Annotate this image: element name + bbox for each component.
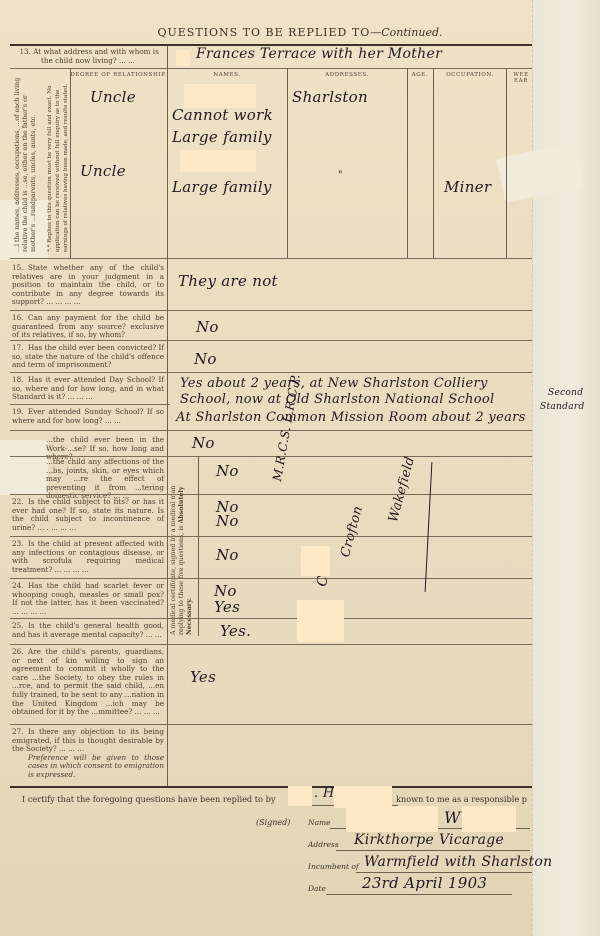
question-27-note: Preference will be given to those cases … xyxy=(12,754,164,780)
row-divider xyxy=(10,68,532,69)
question-24: 24.Has the child had scarlet fever or wh… xyxy=(12,582,164,616)
row-divider xyxy=(10,578,532,579)
question-27: 27.Is there any objection to its being e… xyxy=(12,728,164,780)
address-value: Kirkthorpe Vicarage xyxy=(354,832,504,848)
answer-19: At Sharlston Common Mission Room about 2… xyxy=(176,410,526,425)
redaction xyxy=(301,546,330,576)
redaction xyxy=(297,600,344,642)
relative-2-relationship: Uncle xyxy=(80,162,126,180)
answer-23: No xyxy=(216,546,239,564)
relative-2-occupation: Miner xyxy=(444,178,491,196)
date-line xyxy=(326,894,512,895)
answer-18-standard-bottom: Standard xyxy=(540,402,585,412)
question-text: Are the child's parents, guardians, or n… xyxy=(12,647,164,716)
date-label: Date xyxy=(308,884,326,893)
column-divider xyxy=(70,68,71,258)
question-19: 19.Ever attended Sunday School? If so wh… xyxy=(12,408,164,425)
column-divider xyxy=(287,68,288,258)
question-17: 17.Has the child ever been convicted? If… xyxy=(12,344,164,370)
signed-label: (Signed) xyxy=(256,818,290,827)
question-text: Is the child at present affected with an… xyxy=(12,539,164,574)
certification-text: I certify that the foregoing questions h… xyxy=(22,794,275,804)
incumbent-line xyxy=(356,872,532,873)
row-divider xyxy=(10,644,532,645)
answer-18-standard-top: Second xyxy=(548,388,583,398)
answer-21: No xyxy=(216,462,239,480)
col-header-earnings: WEE EAR xyxy=(508,72,534,84)
row-divider xyxy=(10,340,532,341)
certification-text-continued: known to me as a responsible p xyxy=(396,794,527,804)
question-text: Has the child ever been convicted? If so… xyxy=(12,343,164,369)
question-22: 22.Is the child subject to fits? or has … xyxy=(12,498,164,532)
answer-16: No xyxy=(196,318,219,336)
question-15: 15.State whether any of the child's rela… xyxy=(12,264,164,307)
question-23: 23.Is the child at present affected with… xyxy=(12,540,164,574)
name-label: Name xyxy=(308,818,331,827)
column-divider xyxy=(433,68,434,258)
tape-strip-right xyxy=(532,0,600,936)
page-heading: QUESTIONS TO BE REPLIED TO—Continued. xyxy=(0,26,600,39)
bottom-rule xyxy=(10,786,532,788)
redaction xyxy=(346,806,438,832)
answer-24-line-2: Yes xyxy=(214,598,240,616)
question-text: Is the child subject to fits? or has it … xyxy=(12,497,164,532)
question-text: State whether any of the child's relativ… xyxy=(12,263,164,306)
col-header-names: NAMES. xyxy=(168,72,286,78)
question-text: Is there any objection to its being emig… xyxy=(12,727,164,753)
answer-22-line-2: No xyxy=(216,512,239,530)
medical-certificate-note: A medical certificate, signed by a medic… xyxy=(170,460,196,635)
row-divider xyxy=(10,310,532,311)
relative-1-address: Sharlston xyxy=(292,88,368,106)
question-text: Can any payment for the child be guarant… xyxy=(12,313,164,339)
question-number: 13. xyxy=(17,48,33,57)
question-18: 18.Has it ever attended Day School? If s… xyxy=(12,376,164,402)
question-text: At what address and with whom is the chi… xyxy=(33,47,159,65)
question-14-side-note: ...l the names, addresses, occupations, … xyxy=(14,72,40,252)
row-divider xyxy=(10,430,532,431)
redaction xyxy=(184,84,256,108)
row-divider xyxy=(10,404,170,405)
question-26: 26.Are the child's parents, guardians, o… xyxy=(12,648,164,717)
incumbent-label: Incumbent of xyxy=(308,862,359,871)
question-text: Has it ever attended Day School? If so, … xyxy=(12,375,164,401)
question-16: 16.Can any payment for the child be guar… xyxy=(12,314,164,340)
heading-text: QUESTIONS TO BE REPLIED TO xyxy=(157,26,370,39)
column-divider xyxy=(407,68,408,258)
relative-1-note-1: Cannot work xyxy=(172,106,273,124)
col-header-occupation: OCCUPATION. xyxy=(434,72,506,78)
row-divider xyxy=(10,372,532,373)
redaction xyxy=(176,50,190,66)
answer-20: No xyxy=(192,434,215,452)
answer-18-line-2: School, now at Old Sharlston National Sc… xyxy=(180,392,494,407)
redaction xyxy=(180,150,256,172)
row-divider xyxy=(10,258,532,259)
answer-13: Frances Terrace with her Mother xyxy=(196,46,442,62)
question-text: Is the child's general health good, and … xyxy=(12,621,164,639)
medical-note-divider xyxy=(198,456,199,636)
question-14-footnote: *.* Replies to this question must be ver… xyxy=(46,72,66,252)
question-text: Has the child had scarlet fever or whoop… xyxy=(12,581,164,616)
col-header-relationship: DEGREE OF RELATIONSHIP. xyxy=(70,72,167,78)
redaction xyxy=(334,786,392,808)
relative-1-relationship: Uncle xyxy=(90,88,136,106)
answer-25: Yes. xyxy=(220,622,251,640)
name-value: W xyxy=(444,808,461,827)
answer-17: No xyxy=(194,350,217,368)
address-label: Address xyxy=(308,840,339,849)
col-header-addresses: ADDRESSES. xyxy=(287,72,407,78)
answer-15: They are not xyxy=(178,272,278,290)
row-divider xyxy=(10,618,532,619)
answer-18-line-1: Yes about 2 years, at New Sharlston Coll… xyxy=(180,376,488,391)
row-divider xyxy=(10,536,532,537)
relative-2-note: Large family xyxy=(172,178,272,196)
row-divider xyxy=(10,494,532,495)
question-text: Ever attended Sunday School? If so where… xyxy=(12,407,164,425)
incumbent-value: Warmfield with Sharlston xyxy=(364,854,552,870)
address-line xyxy=(336,850,530,851)
question-13: 13.At what address and with whom is the … xyxy=(12,48,164,65)
heading-suffix: —Continued. xyxy=(370,26,442,39)
row-divider xyxy=(10,724,532,725)
redaction xyxy=(288,786,312,806)
redaction xyxy=(462,806,516,832)
relative-1-note-2: Large family xyxy=(172,128,272,146)
date-value: 23rd April 1903 xyxy=(362,874,487,892)
replied-by-value: . H xyxy=(314,786,335,801)
relative-2-address: " xyxy=(338,170,343,181)
column-divider xyxy=(506,68,507,258)
question-25: 25.Is the child's general health good, a… xyxy=(12,622,164,639)
answer-26: Yes xyxy=(190,668,216,686)
question-answer-divider xyxy=(167,46,168,786)
col-header-age: AGE. xyxy=(407,72,433,78)
